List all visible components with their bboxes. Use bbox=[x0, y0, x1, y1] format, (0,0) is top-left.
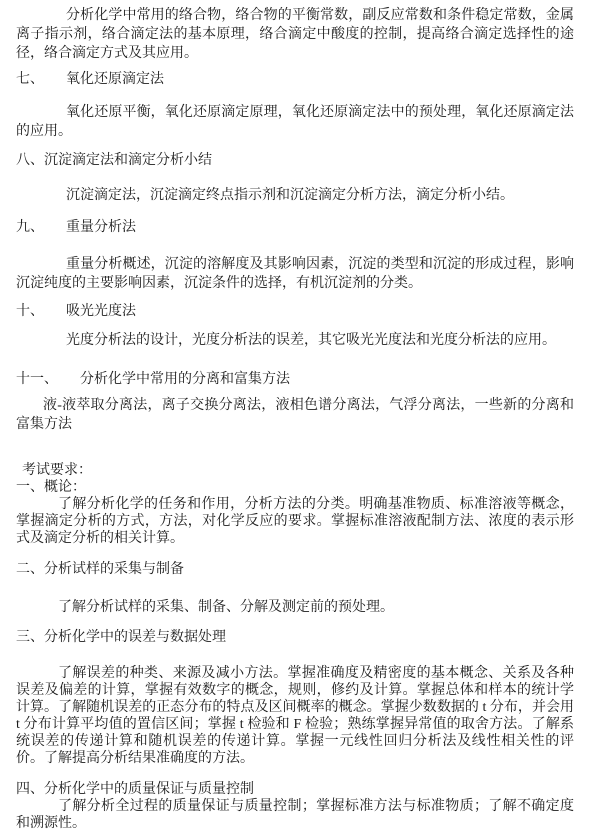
requirement-2-body: 了解分析试样的采集、制备、分解及测定前的预处理。 bbox=[16, 599, 574, 616]
section-heading-9-title: 重量分析法 bbox=[66, 220, 136, 235]
requirement-1-body: 了解分析化学的任务和作用，分析方法的分类。明确基准物质、标准溶液等概念，掌握滴定… bbox=[16, 496, 574, 547]
exam-requirements-label: 考试要求： bbox=[16, 462, 574, 479]
section-heading-10: 十、吸光光度法 bbox=[16, 302, 574, 321]
section-heading-7-title: 氧化还原滴定法 bbox=[66, 72, 164, 87]
section-heading-11: 十一、分析化学中常用的分离和富集方法 bbox=[16, 370, 574, 389]
paragraph-precipitation: 沉淀滴定法，沉淀滴定终点指示剂和沉淀滴定分析方法，滴定分析小结。 bbox=[16, 186, 574, 205]
syllabus-outline-section: 分析化学中常用的络合物，络合物的平衡常数，副反应常数和条件稳定常数，金属离子指示… bbox=[16, 6, 574, 434]
requirement-4-body: 了解分析全过程的质量保证与质量控制；掌握标准方法与标准物质；了解不确定度和溯源性… bbox=[16, 798, 574, 832]
paragraph-separation: 液-液萃取分离法，离子交换分离法，液相色谱分离法，气浮分离法，一些新的分离和富集… bbox=[16, 396, 574, 434]
section-heading-10-number: 十、 bbox=[16, 304, 44, 319]
section-heading-8-title: 沉淀滴定法和滴定分析小结 bbox=[44, 153, 212, 168]
exam-requirements-section: 考试要求： 一、概论： 了解分析化学的任务和作用，分析方法的分类。明确基准物质、… bbox=[16, 462, 574, 832]
document-page: 分析化学中常用的络合物，络合物的平衡常数，副反应常数和条件稳定常数，金属离子指示… bbox=[0, 0, 590, 840]
section-heading-7: 七、氧化还原滴定法 bbox=[16, 70, 574, 89]
paragraph-gravimetric: 重量分析概述，沉淀的溶解度及其影响因素，沉淀的类型和沉淀的形成过程，影响沉淀纯度… bbox=[16, 255, 574, 293]
section-heading-9: 九、重量分析法 bbox=[16, 218, 574, 237]
section-heading-11-title: 分析化学中常用的分离和富集方法 bbox=[80, 372, 290, 387]
section-heading-9-number: 九、 bbox=[16, 220, 44, 235]
requirement-2-heading: 二、分析试样的采集与制备 bbox=[16, 561, 574, 578]
requirement-1-heading: 一、概论： bbox=[16, 479, 574, 496]
requirement-4-heading: 四、分析化学中的质量保证与质量控制 bbox=[16, 781, 574, 798]
section-heading-10-title: 吸光光度法 bbox=[66, 304, 136, 319]
requirement-3-heading: 三、分析化学中的误差与数据处理 bbox=[16, 629, 574, 646]
paragraph-photometric: 光度分析法的设计，光度分析法的误差，其它吸光光度法和光度分析法的应用。 bbox=[16, 331, 574, 350]
requirement-3-body: 了解误差的种类、来源及减小方法。掌握准确度及精密度的基本概念、关系及各种误差及偏… bbox=[16, 665, 574, 767]
paragraph-redox: 氧化还原平衡，氧化还原滴定原理，氧化还原滴定法中的预处理，氧化还原滴定法的应用。 bbox=[16, 103, 574, 141]
paragraph-complexometric: 分析化学中常用的络合物，络合物的平衡常数，副反应常数和条件稳定常数，金属离子指示… bbox=[16, 6, 574, 63]
section-heading-8: 八、沉淀滴定法和滴定分析小结 bbox=[16, 151, 574, 170]
section-heading-11-number: 十一、 bbox=[16, 372, 58, 387]
section-heading-7-number: 七、 bbox=[16, 72, 44, 87]
section-heading-8-number: 八、 bbox=[16, 153, 44, 168]
